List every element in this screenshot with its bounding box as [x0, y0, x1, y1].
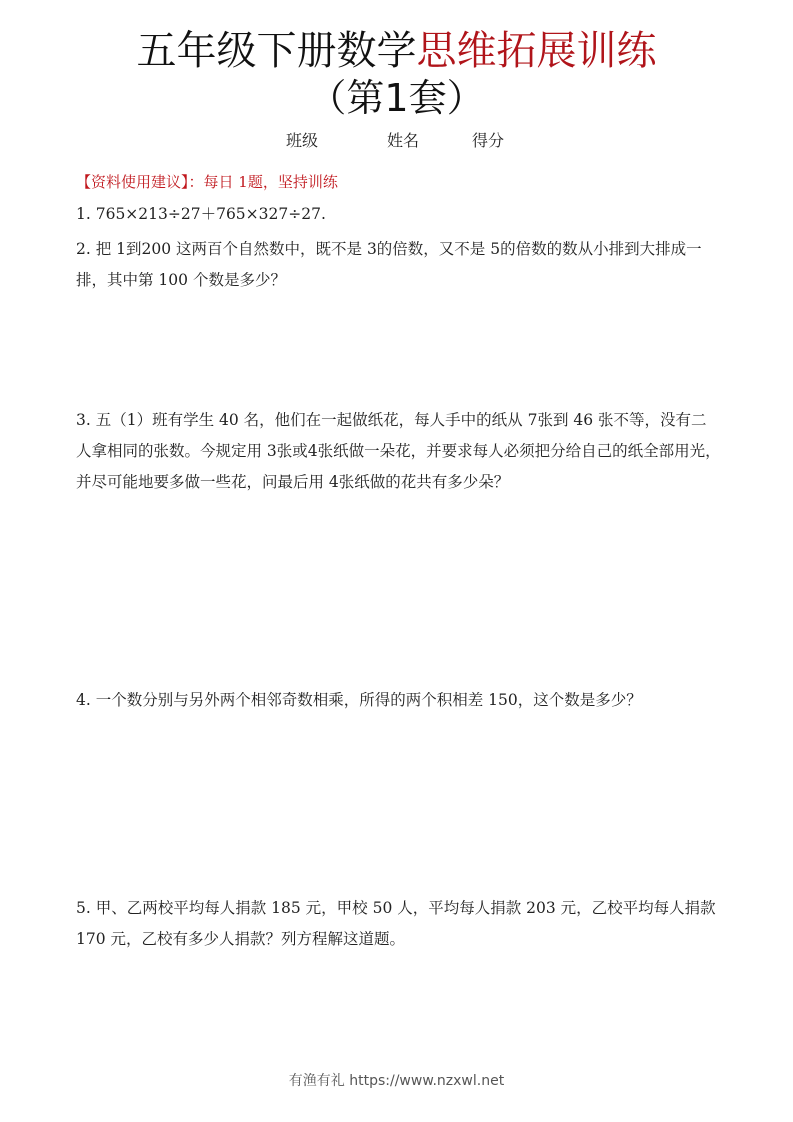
score-label: 得分 [472, 128, 504, 151]
footer-watermark: 有渔有礼 https://www.nzxwl.net [0, 1070, 793, 1090]
question-2: 2. 把 1到200 这两百个自然数中，既不是 3的倍数，又不是 5的倍数的数从… [76, 234, 721, 296]
question-1: 1. 765×213÷27＋765×327÷27. [76, 199, 721, 230]
usage-advice: 【资料使用建议】：每日 1题，坚持训练 [76, 171, 338, 192]
page-subtitle: （第1套） [0, 76, 793, 120]
question-4: 4. 一个数分别与另外两个相邻奇数相乘，所得的两个积相差 150，这个数是多少？ [76, 685, 721, 716]
question-5: 5. 甲、乙两校平均每人捐款 185 元，甲校 50 人，平均每人捐款 203 … [76, 893, 721, 955]
class-label: 班级 [286, 128, 318, 151]
student-info-fields: 班级 姓名 得分 [0, 128, 793, 150]
title-red: 思维拓展训练 [417, 28, 657, 74]
page-title: 五年级下册数学思维拓展训练 [0, 28, 793, 74]
name-label: 姓名 [387, 128, 419, 151]
question-3: 3. 五（1）班有学生 40 名，他们在一起做纸花，每人手中的纸从 7张到 46… [76, 405, 721, 498]
title-black: 五年级下册数学 [137, 28, 417, 74]
